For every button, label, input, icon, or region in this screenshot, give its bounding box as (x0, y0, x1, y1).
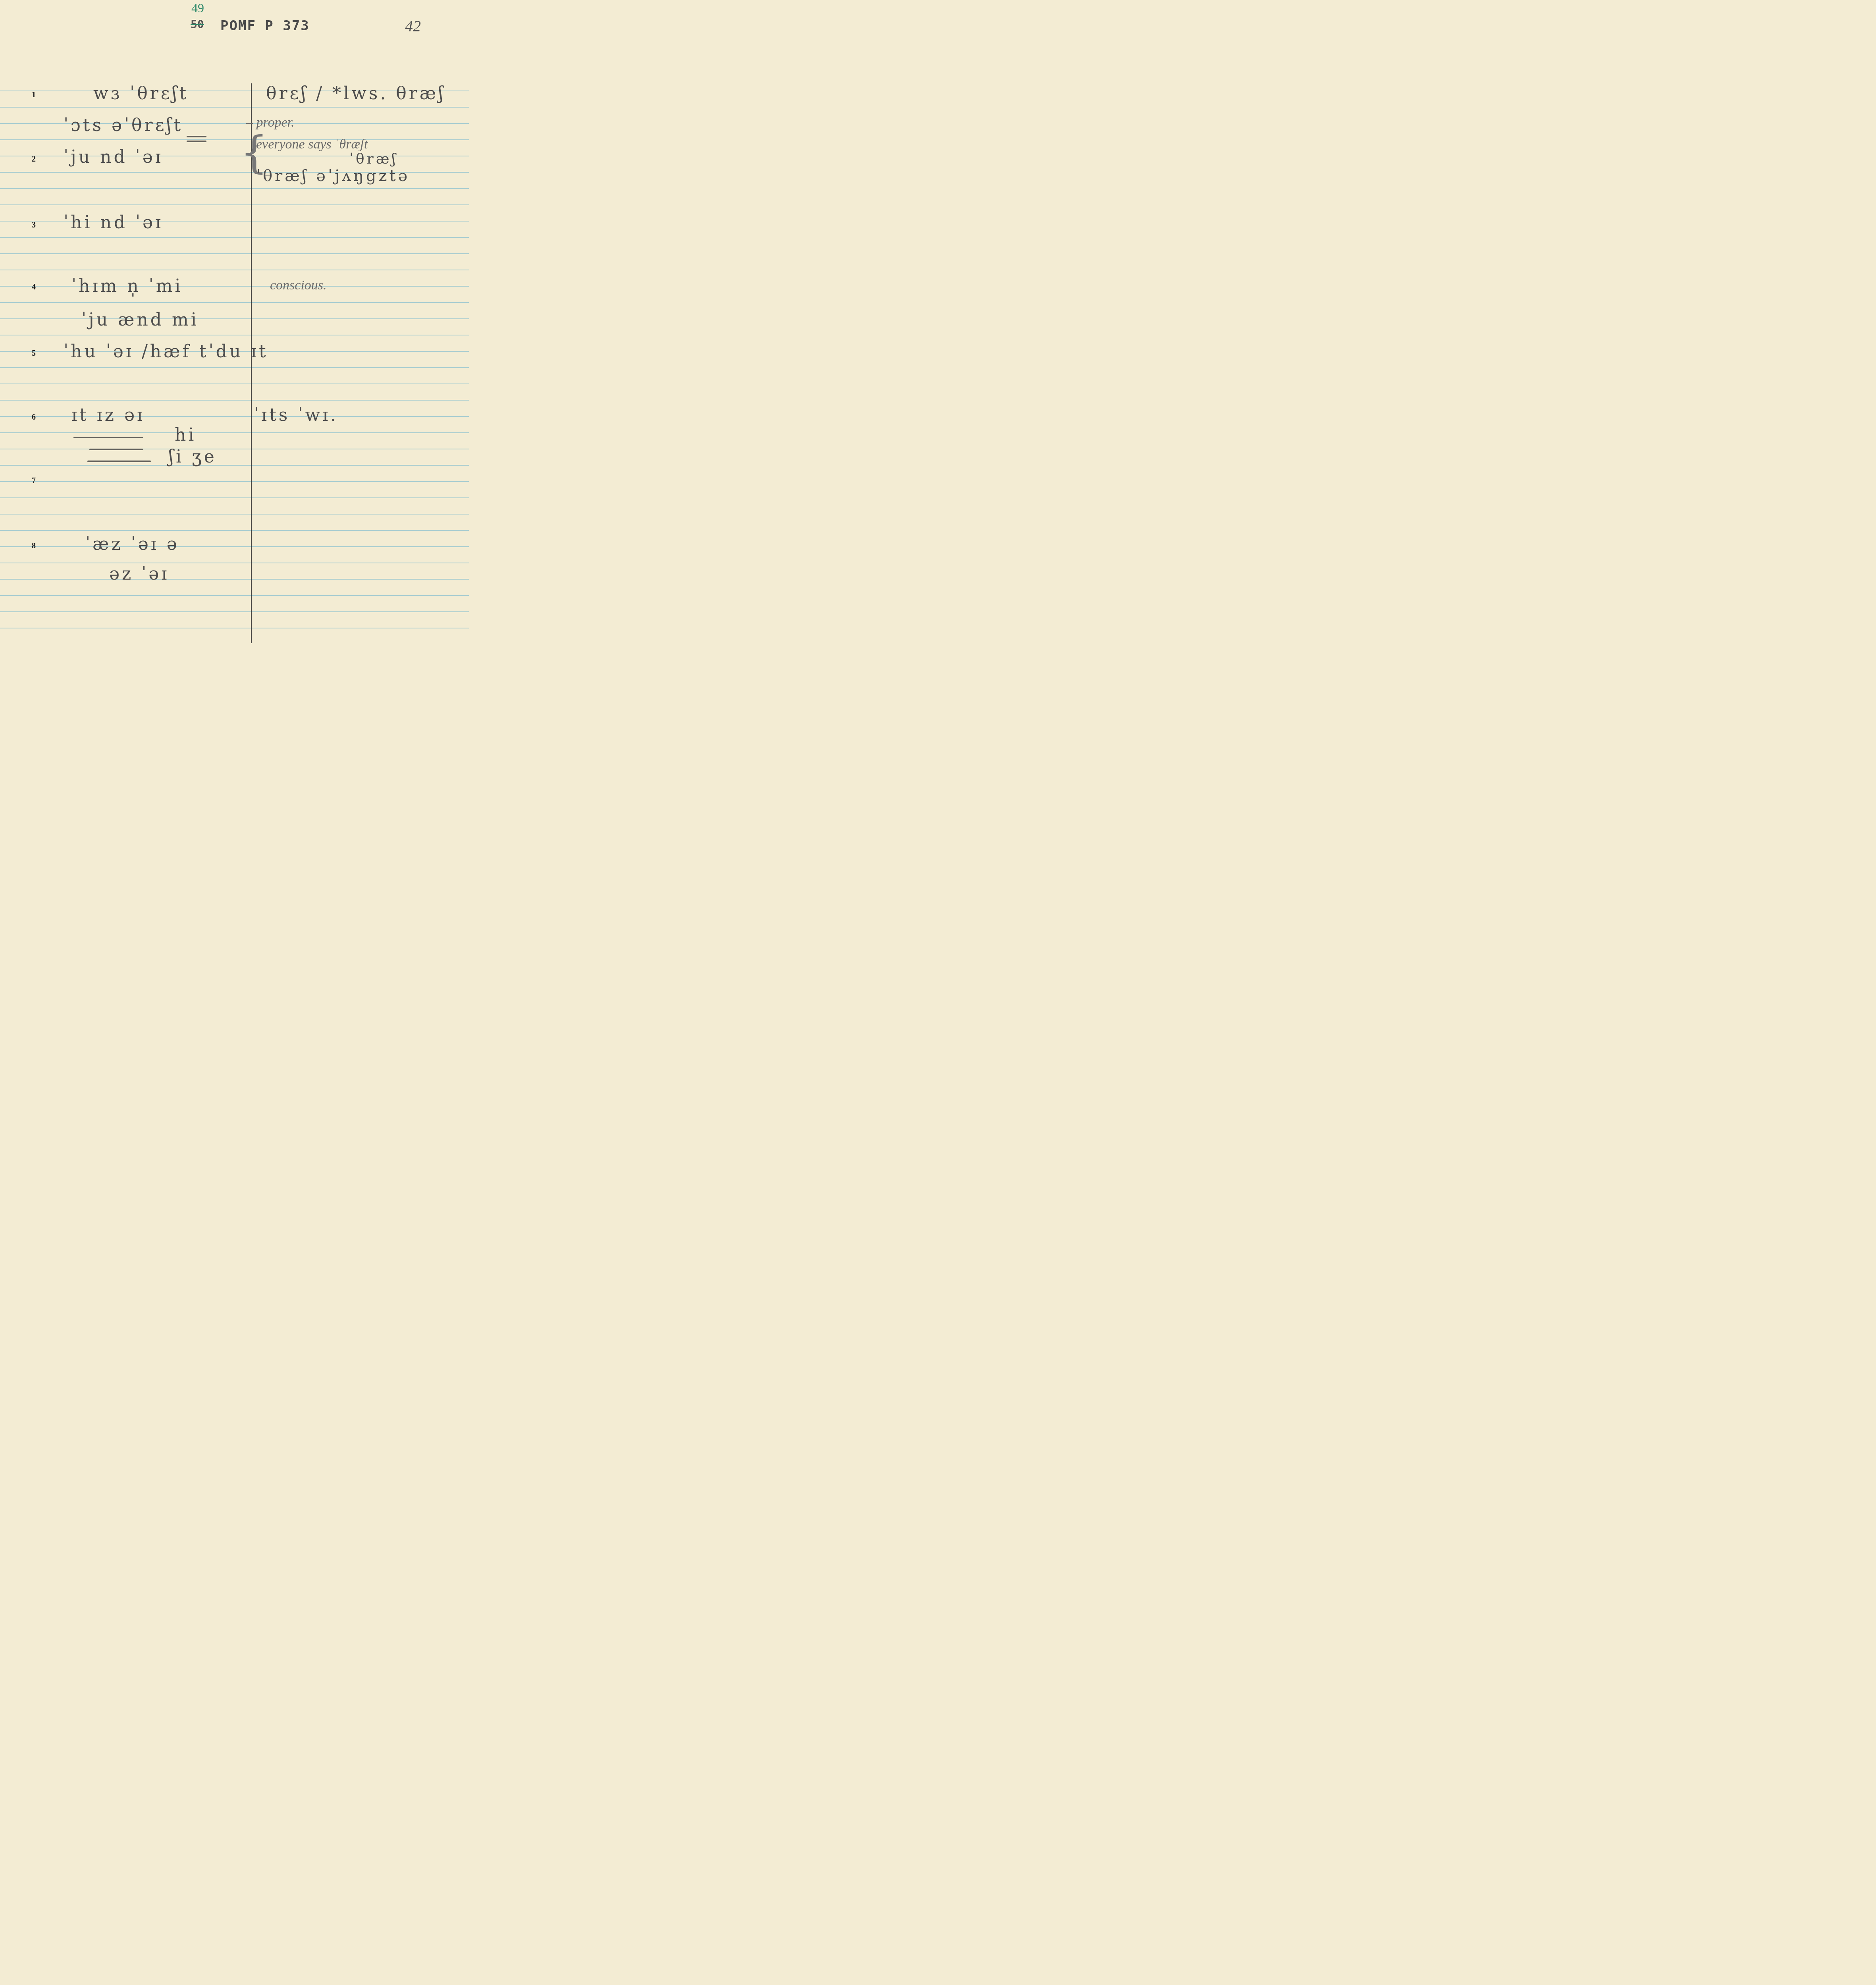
transcription-line: ʃi ʒe (169, 447, 217, 467)
transcription-line: ˈæz ˈəɪ ə (85, 534, 179, 554)
underline-mark (87, 461, 151, 462)
note-line: ˈθræʃ (349, 151, 398, 167)
page-number: 42 (405, 17, 421, 35)
underline-mark (187, 136, 206, 137)
transcription-line: ˈhi nd ˈəɪ (64, 212, 163, 233)
transcription-line: ˈɔts əˈθrɛʃt (64, 115, 183, 135)
line-number: 2 (28, 155, 40, 164)
line-number: 8 (28, 542, 40, 551)
underline-mark (73, 437, 143, 438)
underline-mark (89, 449, 143, 450)
transcription-line: əz ˈəɪ (109, 564, 169, 584)
note-line: conscious. (270, 278, 327, 293)
note-line: θrɛʃ / *lws. θræʃ (266, 83, 445, 104)
line-number: 3 (28, 221, 40, 230)
line-number: 6 (28, 413, 40, 422)
transcription-line: ˈju nd ˈəɪ (64, 147, 163, 167)
header-margin (0, 0, 469, 75)
line-number: 1 (28, 91, 40, 100)
note-line: ˈɪts ˈwɪ. (254, 405, 338, 425)
line-number: 7 (28, 476, 40, 486)
transcription-line: ˈhu ˈəɪ /hæf tˈdu ɪt (64, 341, 268, 362)
line-number: 5 (28, 349, 40, 358)
archive-id-stamp: POMF P 373 (220, 18, 310, 34)
transcription-line: ˈhɪm n̩ ˈmi (71, 276, 183, 296)
ruled-notebook-page: 49 50 POMF P 373 42 1 2 3 4 5 6 7 8 wɜ ˈ… (0, 0, 469, 643)
note-line: everyone says ˈθræʃt (256, 137, 368, 152)
line-number: 4 (28, 283, 40, 292)
transcription-line: ˈju ænd mi (81, 310, 199, 330)
transcription-line: wɜ ˈθrɛʃt (93, 83, 189, 104)
transcription-line: ɪt ɪz əɪ (71, 405, 145, 425)
transcription-line: hi (175, 425, 196, 445)
new-sheet-number: 49 (191, 1, 204, 15)
underline-mark (187, 141, 206, 142)
old-sheet-number: 50 (191, 18, 204, 31)
note-line: ˈθræʃ əˈjʌŋgztə (256, 167, 410, 185)
